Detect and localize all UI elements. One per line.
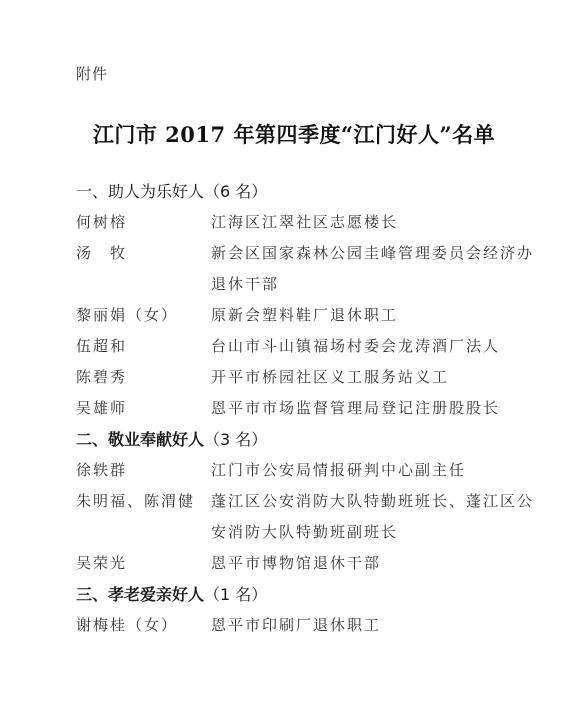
honoree-duty: 新会区国家森林公园圭峰管理委员会经济办退休干部 [211,238,536,300]
honoree-duty: 开平市桥园社区义工服务站义工 [211,362,536,393]
honoree-duty: 恩平市市场监督管理局登记注册股股长 [211,393,536,424]
list-item: 汤 牧新会区国家森林公园圭峰管理委员会经济办退休干部 [76,238,536,300]
honoree-duty: 原新会塑料鞋厂退休职工 [211,300,536,331]
honoree-list: 一、助人为乐好人（6 名） 何树榕江海区江翠社区志愿楼长 汤 牧新会区国家森林公… [76,176,536,641]
honoree-duty: 台山市斗山镇福场村委会龙涛酒厂法人 [211,331,536,362]
section-heading: 二、敬业奉献好人（3 名） [76,424,536,455]
honoree-name: 谢梅桂（女） [76,610,211,641]
section-title: 三、孝老爱亲好人 [76,585,204,604]
honoree-duty: 江海区江翠社区志愿楼长 [211,207,536,238]
honoree-name: 何树榕 [76,207,211,238]
list-item: 黎丽娟（女）原新会塑料鞋厂退休职工 [76,300,536,331]
section-heading: 一、助人为乐好人（6 名） [76,176,536,207]
section-count: （6 名） [204,182,267,201]
list-item: 何树榕江海区江翠社区志愿楼长 [76,207,536,238]
honoree-name: 徐轶群 [76,455,211,486]
honoree-duty: 恩平市印刷厂退休职工 [211,610,536,641]
honoree-name: 伍超和 [76,331,211,362]
honoree-name: 吴荣光 [76,548,211,579]
honoree-duty: 蓬江区公安消防大队特勤班班长、蓬江区公安消防大队特勤班副班长 [211,486,536,548]
honoree-duty: 恩平市博物馆退休干部 [211,548,536,579]
list-item: 伍超和台山市斗山镇福场村委会龙涛酒厂法人 [76,331,536,362]
list-item: 徐轶群江门市公安局情报研判中心副主任 [76,455,536,486]
honoree-name: 汤 牧 [76,238,211,269]
document-title: 江门市 2017 年第四季度“江门好人”名单 [0,119,588,149]
list-item: 吴荣光恩平市博物馆退休干部 [76,548,536,579]
honoree-name: 黎丽娟（女） [76,300,211,331]
honoree-name: 吴雄师 [76,393,211,424]
section-count: （1 名） [204,585,267,604]
section-title: 二、敬业奉献好人 [76,430,204,449]
honoree-name: 朱明福、陈渭健 [76,486,211,517]
list-item: 谢梅桂（女）恩平市印刷厂退休职工 [76,610,536,641]
list-item: 吴雄师恩平市市场监督管理局登记注册股股长 [76,393,536,424]
list-item: 朱明福、陈渭健蓬江区公安消防大队特勤班班长、蓬江区公安消防大队特勤班副班长 [76,486,536,548]
section-count: （3 名） [204,430,267,449]
honoree-duty: 江门市公安局情报研判中心副主任 [211,455,536,486]
attachment-label: 附件 [76,63,108,84]
section-heading: 三、孝老爱亲好人（1 名） [76,579,536,610]
section-title: 一、助人为乐好人 [76,182,204,201]
list-item: 陈碧秀开平市桥园社区义工服务站义工 [76,362,536,393]
honoree-name: 陈碧秀 [76,362,211,393]
